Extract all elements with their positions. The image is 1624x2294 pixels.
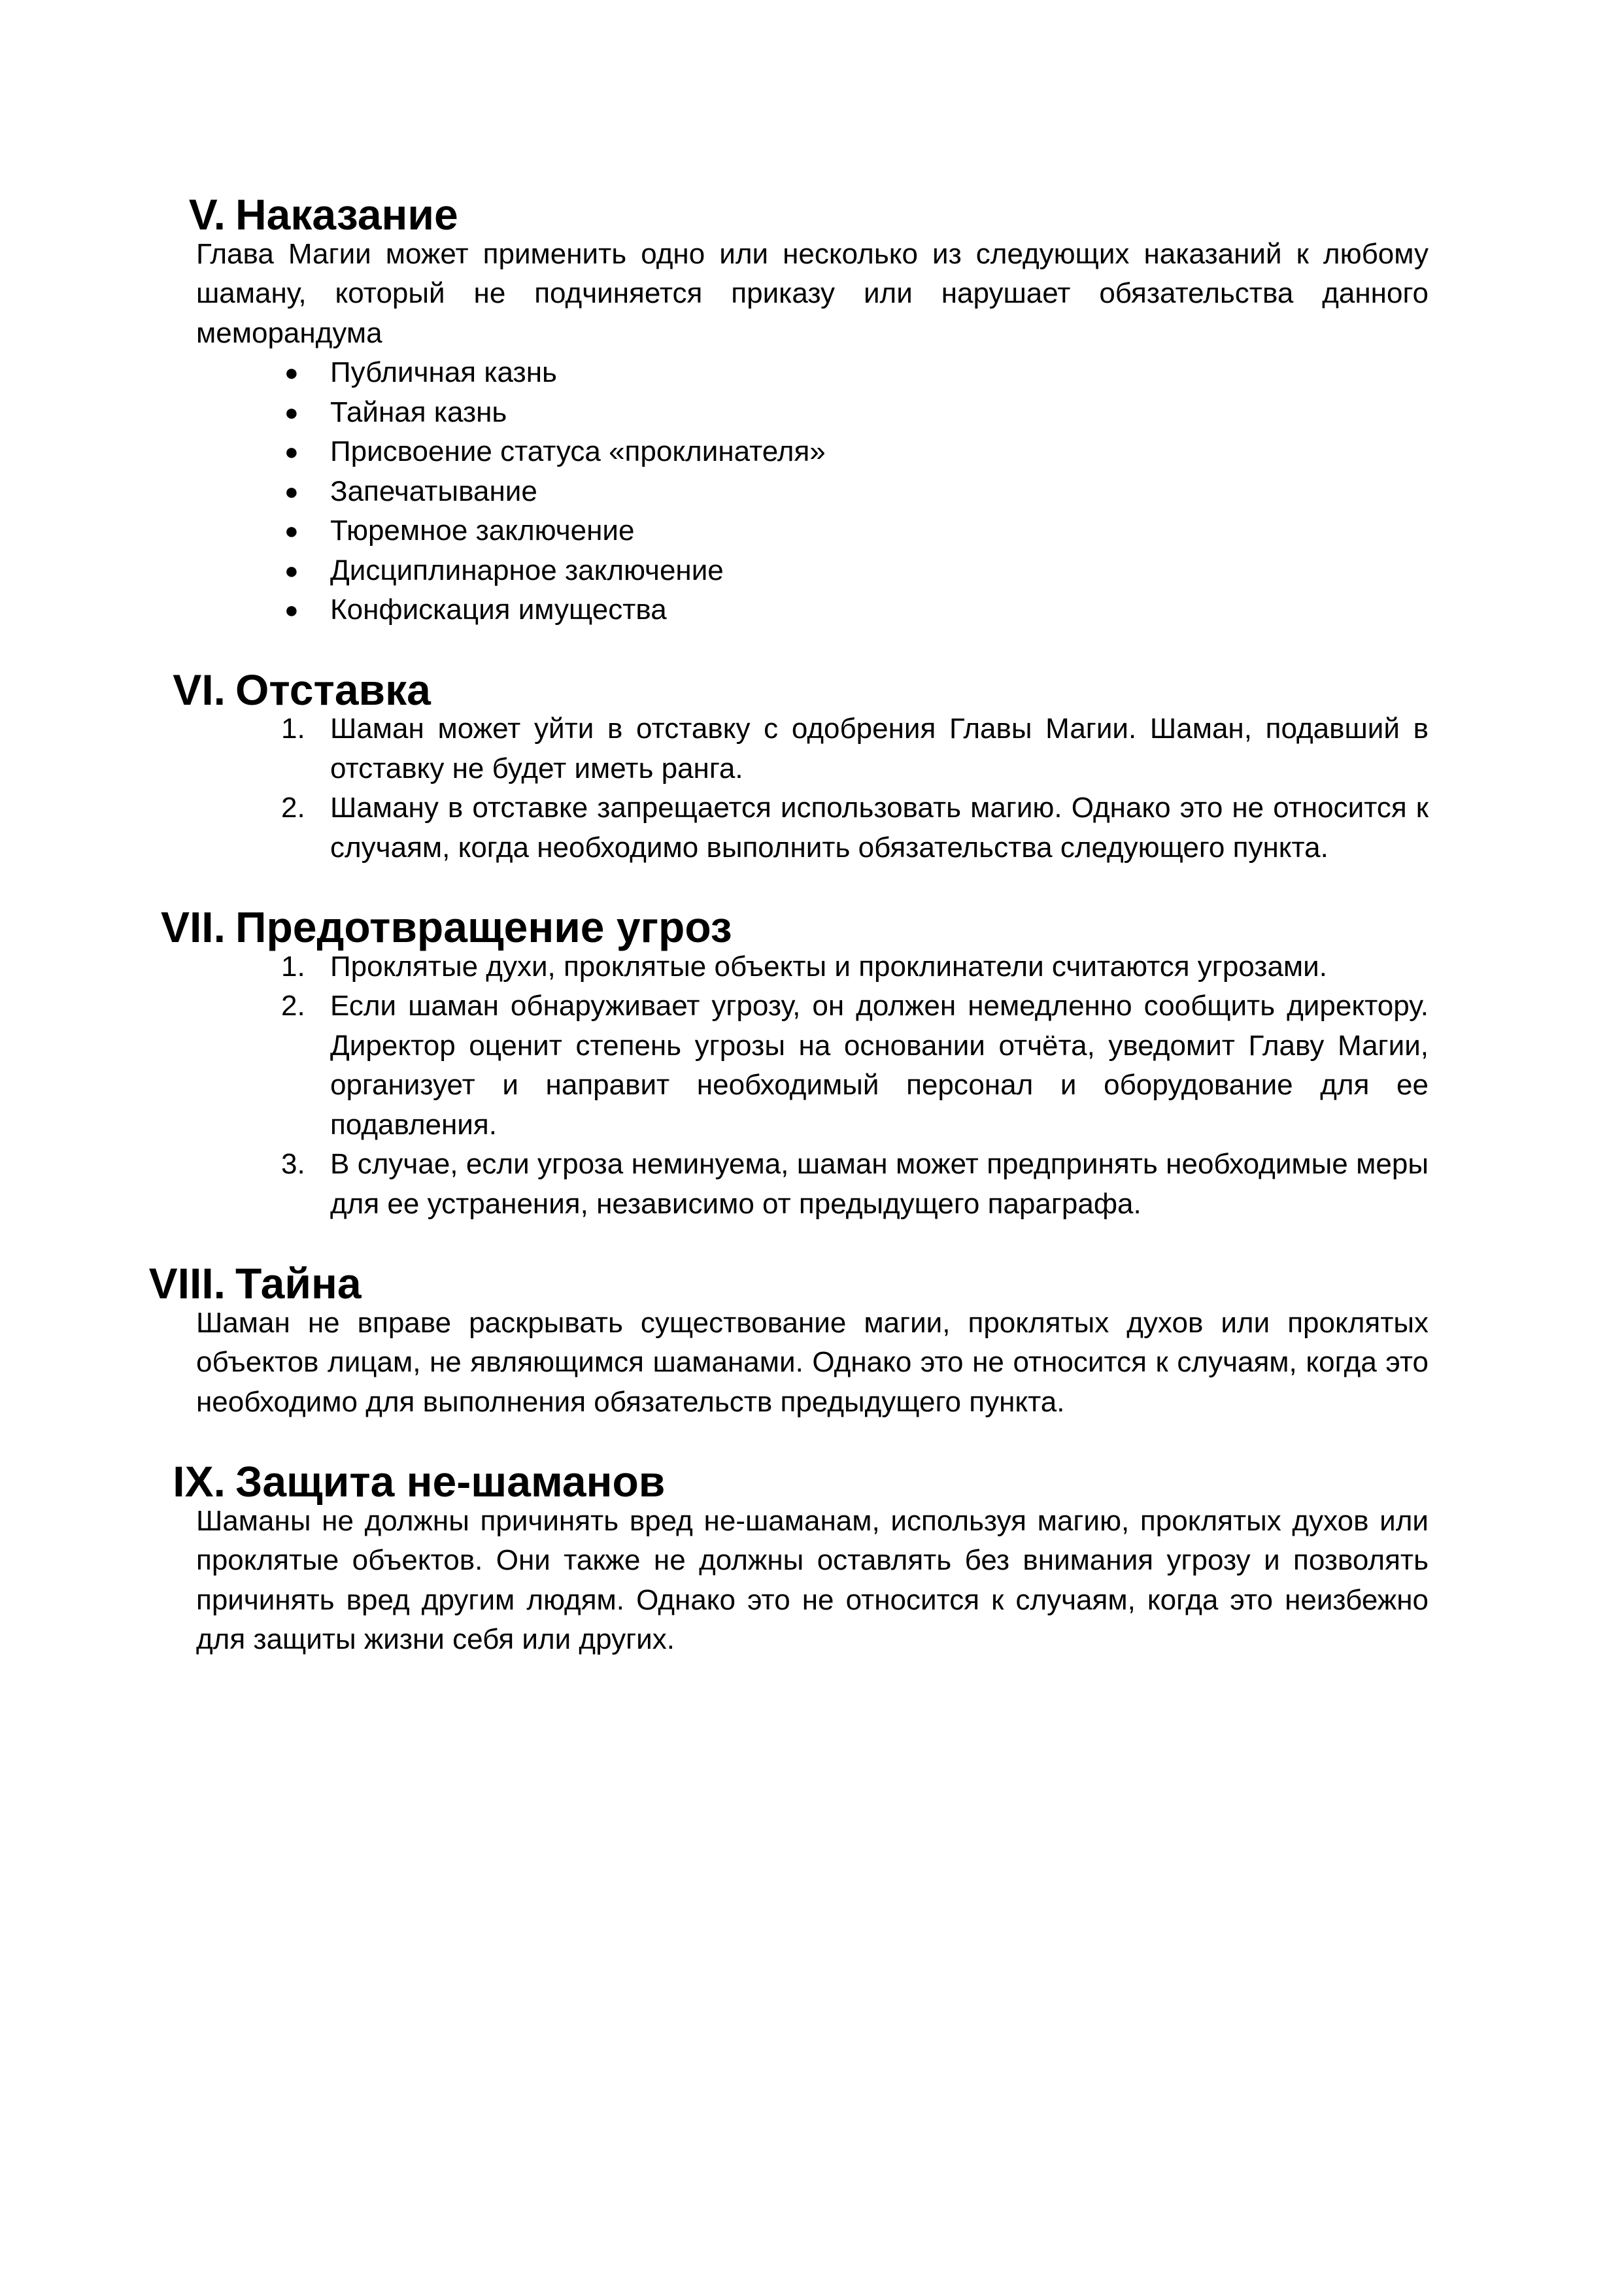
list-item: 1.Проклятые духи, проклятые объекты и пр… xyxy=(196,947,1429,987)
section-number: VIII. xyxy=(149,1264,226,1304)
list-item-text: Присвоение статуса «проклинателя» xyxy=(330,435,826,467)
list-item-text: Шаману в отставке запрещается использова… xyxy=(330,792,1429,864)
list-number: 1. xyxy=(281,709,320,749)
section-heading: VII. Предотвращение угроз xyxy=(196,907,1429,947)
list-item-text: Если шаман обнаруживает угрозу, он долже… xyxy=(330,990,1429,1141)
list-item-text: Публичная казнь xyxy=(330,356,557,388)
resignation-list: 1.Шаман может уйти в отставку с одобрени… xyxy=(196,709,1429,868)
bullet-icon: ● xyxy=(284,393,299,433)
list-item: ●Публичная казнь xyxy=(196,353,1429,393)
section-heading: V. Наказание xyxy=(196,195,1429,235)
list-item-text: Проклятые духи, проклятые объекты и прок… xyxy=(330,951,1327,983)
section-title: Предотвращение угроз xyxy=(235,903,732,951)
section-resignation: VI. Отставка 1.Шаман может уйти в отстав… xyxy=(196,670,1429,868)
section-heading: VIII. Тайна xyxy=(196,1264,1429,1304)
list-item: ●Присвоение статуса «проклинателя» xyxy=(196,432,1429,472)
list-number: 2. xyxy=(281,788,320,828)
list-item: 1.Шаман может уйти в отставку с одобрени… xyxy=(196,709,1429,788)
list-item-text: Тайная казнь xyxy=(330,396,507,428)
section-heading: VI. Отставка xyxy=(196,670,1429,710)
list-number: 2. xyxy=(281,987,320,1026)
section-punishment: V. Наказание Глава Магии может применить… xyxy=(196,195,1429,630)
document-page: V. Наказание Глава Магии может применить… xyxy=(0,0,1624,2294)
section-number: VII. xyxy=(161,907,226,947)
list-number: 3. xyxy=(281,1145,320,1185)
document-body: V. Наказание Глава Магии может применить… xyxy=(196,195,1429,1660)
list-item-text: В случае, если угроза неминуема, шаман м… xyxy=(330,1148,1429,1220)
bullet-icon: ● xyxy=(284,432,299,472)
list-item: 2.Шаману в отставке запрещается использо… xyxy=(196,788,1429,868)
section-threat-prevention: VII. Предотвращение угроз 1.Проклятые ду… xyxy=(196,907,1429,1224)
section-heading: IX. Защита не-шаманов xyxy=(196,1462,1429,1502)
list-item: 2.Если шаман обнаруживает угрозу, он дол… xyxy=(196,987,1429,1145)
list-item-text: Запечатывание xyxy=(330,475,537,507)
threat-prevention-list: 1.Проклятые духи, проклятые объекты и пр… xyxy=(196,947,1429,1224)
list-item: ●Тайная казнь xyxy=(196,393,1429,433)
list-item: ●Тюремное заключение xyxy=(196,511,1429,551)
bullet-icon: ● xyxy=(284,551,299,591)
section-number: IX. xyxy=(173,1462,226,1502)
section-title: Отставка xyxy=(235,666,431,714)
section-number: V. xyxy=(189,195,226,235)
list-item-text: Дисциплинарное заключение xyxy=(330,554,724,586)
list-item: ●Запечатывание xyxy=(196,472,1429,512)
section-title: Наказание xyxy=(235,190,458,239)
section-paragraph: Шаман не вправе раскрывать существование… xyxy=(196,1304,1429,1423)
punishment-list: ●Публичная казнь ●Тайная казнь ●Присвоен… xyxy=(196,353,1429,630)
section-non-shaman-protection: IX. Защита не-шаманов Шаманы не должны п… xyxy=(196,1462,1429,1660)
section-title: Тайна xyxy=(235,1259,362,1307)
list-item-text: Шаман может уйти в отставку с одобрения … xyxy=(330,713,1429,784)
list-item: 3.В случае, если угроза неминуема, шаман… xyxy=(196,1145,1429,1224)
bullet-icon: ● xyxy=(284,511,299,551)
list-item-text: Тюремное заключение xyxy=(330,514,634,547)
section-number: VI. xyxy=(173,670,226,710)
bullet-icon: ● xyxy=(284,353,299,393)
list-number: 1. xyxy=(281,947,320,987)
section-paragraph: Шаманы не должны причинять вред не-шаман… xyxy=(196,1502,1429,1660)
section-secrecy: VIII. Тайна Шаман не вправе раскрывать с… xyxy=(196,1264,1429,1422)
list-item: ●Дисциплинарное заключение xyxy=(196,551,1429,591)
bullet-icon: ● xyxy=(284,590,299,630)
list-item: ●Конфискация имущества xyxy=(196,590,1429,630)
list-item-text: Конфискация имущества xyxy=(330,594,667,626)
section-paragraph: Глава Магии может применить одно или нес… xyxy=(196,235,1429,354)
section-title: Защита не-шаманов xyxy=(235,1457,665,1506)
bullet-icon: ● xyxy=(284,472,299,512)
